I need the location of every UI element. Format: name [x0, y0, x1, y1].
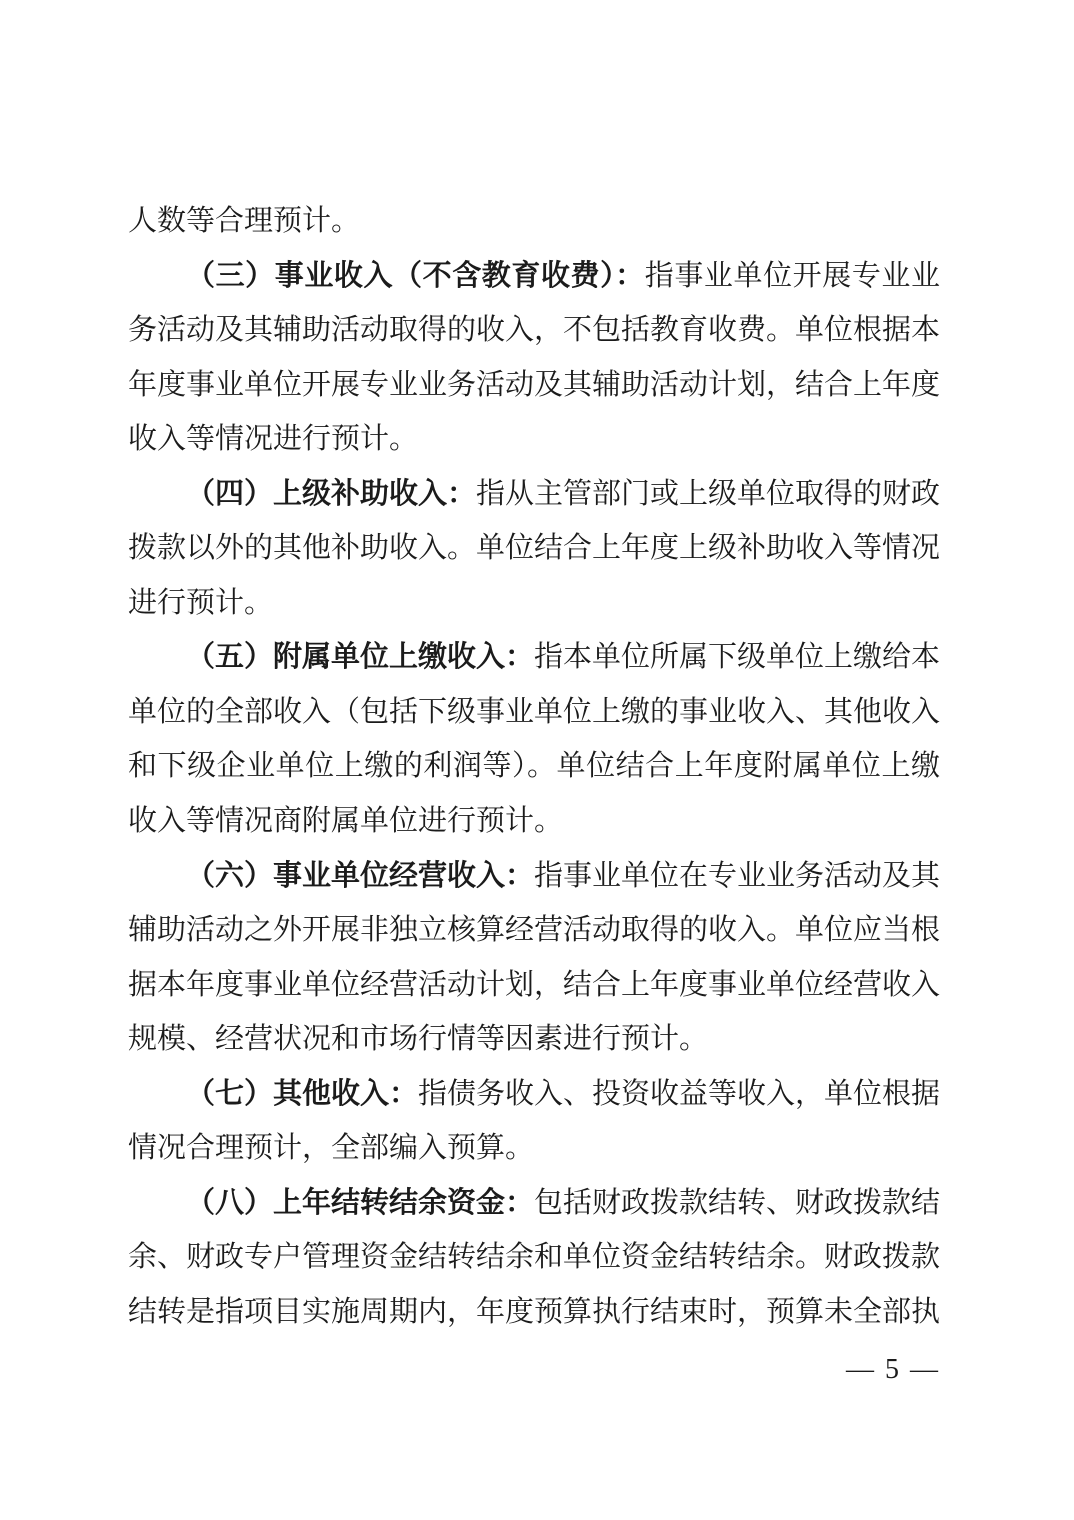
text-line: 辅助活动之外开展非独立核算经营活动取得的收入。单位应当根 [128, 903, 940, 958]
document-page: 人数等合理预计。（三）事业收入（不含教育收费）：指事业单位开展专业业务活动及其辅… [0, 0, 1074, 1520]
text-line: 人数等合理预计。 [128, 194, 940, 249]
text-line: 进行预计。 [128, 576, 940, 631]
text-line: 据本年度事业单位经营活动计划，结合上年度事业单位经营收入 [128, 958, 940, 1013]
paragraph-heading-term: （三）事业收入（不含教育收费）： [186, 260, 645, 292]
text-line: 拨款以外的其他补助收入。单位结合上年度上级补助收入等情况 [128, 521, 940, 576]
text-line: 结转是指项目实施周期内，年度预算执行结束时，预算未全部执 [128, 1285, 940, 1340]
text-line: 情况合理预计，全部编入预算。 [128, 1121, 940, 1176]
text-line: 务活动及其辅助活动取得的收入，不包括教育收费。单位根据本 [128, 303, 940, 358]
text-line: 收入等情况商附属单位进行预计。 [128, 794, 940, 849]
text-line: （四）上级补助收入：指从主管部门或上级单位取得的财政 [128, 467, 940, 522]
text-line: 和下级企业单位上缴的利润等）。单位结合上年度附属单位上缴 [128, 739, 940, 794]
text-line: （六）事业单位经营收入：指事业单位在专业业务活动及其 [128, 849, 940, 904]
text-line: （三）事业收入（不含教育收费）：指事业单位开展专业业 [128, 249, 940, 304]
paragraph-heading-term: （七）其他收入： [186, 1078, 418, 1110]
text-line: 年度事业单位开展专业业务活动及其辅助活动计划，结合上年度 [128, 358, 940, 413]
text-line: 单位的全部收入（包括下级事业单位上缴的事业收入、其他收入 [128, 685, 940, 740]
paragraph-heading-term: （四）上级补助收入： [186, 478, 476, 510]
text-line: （五）附属单位上缴收入：指本单位所属下级单位上缴给本 [128, 630, 940, 685]
text-line: 规模、经营状况和市场行情等因素进行预计。 [128, 1012, 940, 1067]
text-line: 收入等情况进行预计。 [128, 412, 940, 467]
document-body: 人数等合理预计。（三）事业收入（不含教育收费）：指事业单位开展专业业务活动及其辅… [128, 194, 940, 1339]
text-line: （七）其他收入：指债务收入、投资收益等收入，单位根据 [128, 1067, 940, 1122]
text-line: （八）上年结转结余资金：包括财政拨款结转、财政拨款结 [128, 1176, 940, 1231]
paragraph-heading-term: （五）附属单位上缴收入： [186, 641, 534, 673]
page-number: — 5 — [128, 1352, 940, 1388]
paragraph-heading-term: （六）事业单位经营收入： [186, 860, 534, 892]
text-line: 余、财政专户管理资金结转结余和单位资金结转结余。财政拨款 [128, 1230, 940, 1285]
paragraph-heading-term: （八）上年结转结余资金： [186, 1187, 534, 1219]
